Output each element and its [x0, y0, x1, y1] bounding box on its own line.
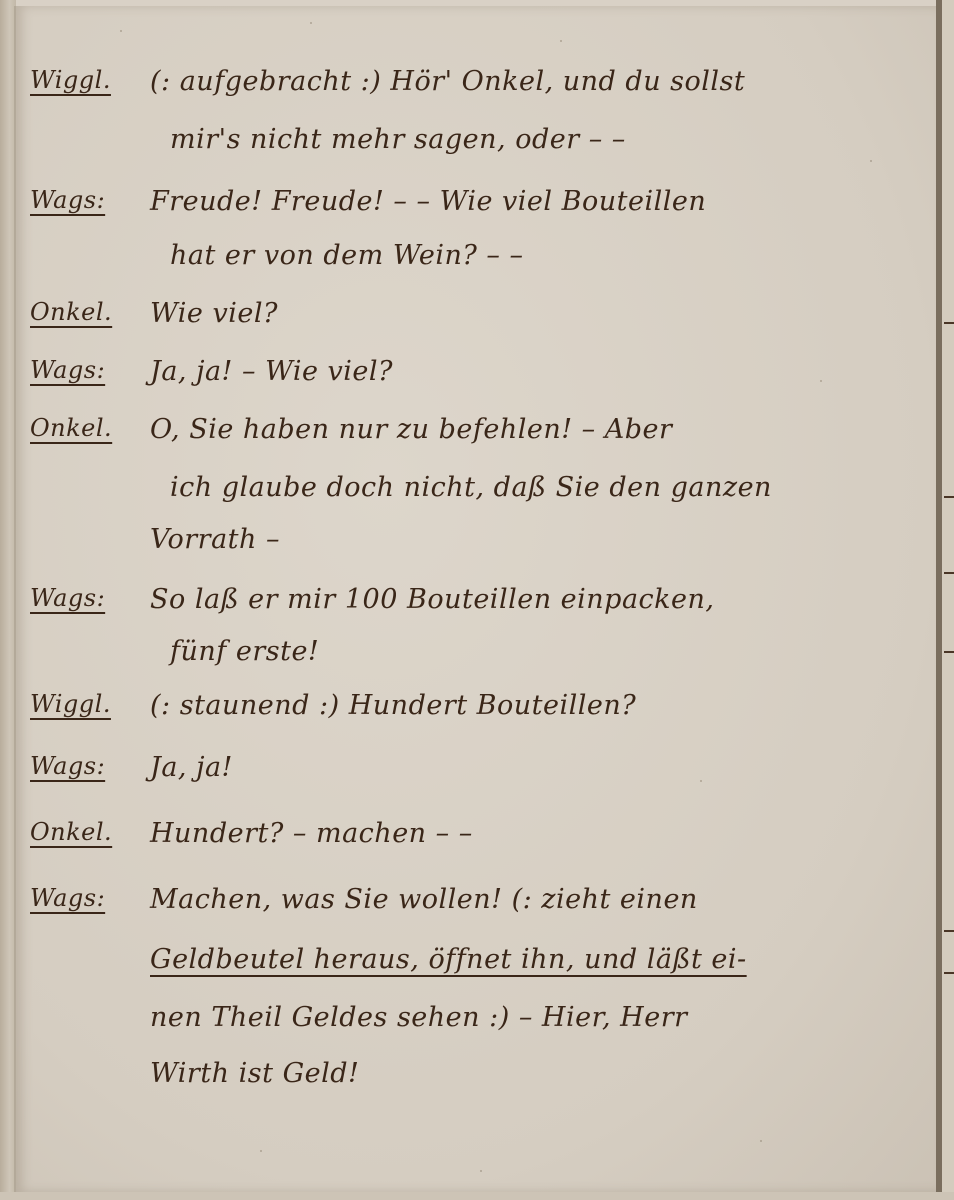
dialogue-text: Wiggl. (: aufgebracht :) Hör' Onkel, und…: [0, 0, 954, 1200]
line-text: Freude! Freude! – – Wie viel Bouteillen: [150, 186, 706, 217]
speaker-label: Wags:: [30, 884, 105, 912]
speaker-label: Wags:: [30, 584, 105, 612]
line-text: mir's nicht mehr sagen, oder – –: [170, 124, 626, 155]
stage-direction-text: Geldbeutel heraus, öffnet ihn, und läßt …: [150, 944, 747, 975]
line-text: Machen, was Sie wollen! (: zieht einen: [150, 884, 698, 915]
speaker-label: Onkel.: [30, 298, 112, 326]
speaker-label: Wags:: [30, 752, 105, 780]
line-text: hat er von dem Wein? – –: [170, 240, 524, 271]
speaker-label: Wags:: [30, 356, 105, 384]
line-text: Hundert? – machen – –: [150, 818, 473, 849]
line-text: Vorrath –: [150, 524, 280, 555]
line-text: ich glaube doch nicht, daß Sie den ganze…: [170, 472, 772, 503]
line-text: (: staunend :) Hundert Bouteillen?: [150, 690, 636, 721]
speaker-label: Wags:: [30, 186, 105, 214]
speaker-label: Onkel.: [30, 414, 112, 442]
line-text: Ja, ja! – Wie viel?: [150, 356, 393, 387]
line-text: Wirth ist Geld!: [150, 1058, 359, 1089]
line-text: fünf erste!: [170, 636, 319, 667]
line-text: Wie viel?: [150, 298, 278, 329]
manuscript-scan: Wiggl. (: aufgebracht :) Hör' Onkel, und…: [0, 0, 954, 1200]
speaker-label: Onkel.: [30, 818, 112, 846]
line-text: O, Sie haben nur zu befehlen! – Aber: [150, 414, 672, 445]
stage-direction-text: nen Theil Geldes sehen :) – Hier, Herr: [150, 1002, 688, 1033]
line-text: (: aufgebracht :) Hör' Onkel, und du sol…: [150, 66, 745, 97]
speaker-label: Wiggl.: [30, 66, 111, 94]
line-text: Ja, ja!: [150, 752, 233, 783]
speaker-label: Wiggl.: [30, 690, 111, 718]
line-text: So laß er mir 100 Bouteillen einpacken,: [150, 584, 714, 615]
